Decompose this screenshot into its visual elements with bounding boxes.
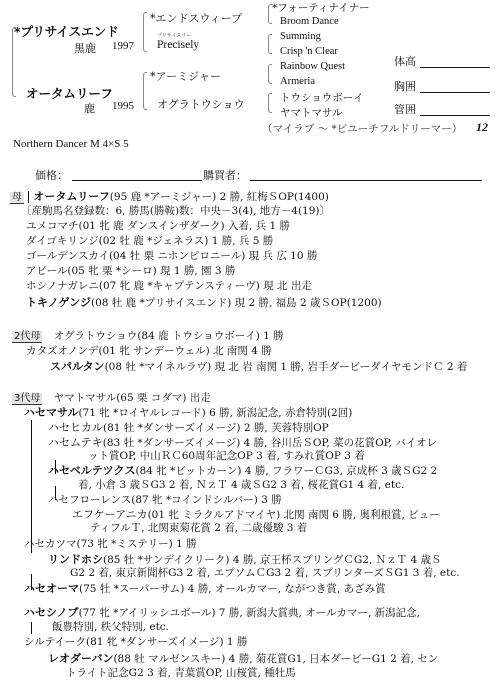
third-dam-row-cont: ット賞OP, 中山ＲＣ60周年記念OP 3 着, すみれ賞OP 3 着	[88, 450, 365, 463]
gen3-1: Broom Dance	[280, 16, 339, 27]
second-dam-name: オグラトウショウ	[54, 330, 138, 342]
dam-sire: *アーミジャー	[150, 68, 221, 84]
third-dam-tag: 3代母	[12, 393, 42, 405]
dam-tag: 母	[10, 192, 24, 204]
second-dam-row: スパルタン(08 牡 *マイネルラヴ) 現 北 岩 南関 1 勝, 岩手ダービー…	[50, 360, 467, 374]
gen3-0: *フォーティナイナー	[272, 0, 370, 15]
second-dam-row: カタズオノンデ(01 牝 サンデーウェル) 北 南関 4 勝	[26, 345, 272, 358]
gen3-5: Armeria	[280, 76, 315, 87]
offspring-name: トキノゲンジ	[26, 296, 91, 309]
offspring-detail: (01 牝 鹿 ダンスインザダーク) 入着, 兵 1 勝	[79, 220, 291, 232]
offspring-row: ダイゴキリンジ(02 牡 鹿 *ジェネラス) 1 勝, 兵 5 勝	[26, 235, 273, 248]
third-dam-row: ハセフローレンス(87 牝 *コインドシルバー) 3 勝	[48, 494, 282, 507]
third-dam-row-cont: G2 2 着, 東京新聞杯G3 2 着, エプソムＣG3 2 着, スプリンター…	[70, 567, 460, 580]
price-field[interactable]	[72, 180, 202, 181]
family-number: 12	[476, 120, 488, 135]
third-dam-name: ヤマトマサル	[54, 392, 116, 404]
offspring-name: ホシノナガレニ	[26, 280, 99, 292]
third-dam-row: リンドホシ(85 牡 *サンデイクリーク) 4 勝, 京王杯スプリングＣG2, …	[48, 553, 442, 567]
gen3-2: Summing	[280, 31, 321, 42]
third-dam-row: ハセムテキ(83 牡 *ダンサーズイメージ) 4 勝, 谷川岳ＳOP, 菜の花賞…	[48, 436, 437, 450]
descent-line	[31, 622, 32, 634]
dam-dam: オグラトウショウ	[157, 96, 245, 112]
gen3-7: ヤマトマサル	[280, 105, 342, 120]
third-dam-row-cont: 着, 小倉 3 歳ＳG3 2 着, ＮｚＴ 4 歳ＳG2 3 着, 桜花賞G1 …	[78, 479, 404, 492]
offspring-name: ユメコマチ	[26, 220, 79, 232]
buyer-label: 購買者：	[203, 167, 247, 183]
offspring-row: ユメコマチ(01 牝 鹿 ダンスインザダーク) 入着, 兵 1 勝	[26, 220, 290, 233]
third-dam-row: ハセオーマ(75 牡 *スーパーサム) 4 勝, オールカマー, ながつき賞, …	[24, 582, 386, 596]
second-dam-header: 2代母 オグラトウショウ(84 鹿 トウショウボーイ) 1 勝	[12, 330, 284, 343]
dam-color: 鹿	[84, 100, 95, 116]
gen3-6: トウショウボーイ	[280, 90, 364, 105]
offspring-name: アピール	[26, 265, 67, 277]
dam-header: 母 オータムリーフ(95 鹿 *アーミジャー) 2 勝, 紅梅ＳOP(1400)	[10, 190, 329, 204]
gen3-3: Crisp 'n Clear	[280, 46, 338, 57]
price-label: 価格：	[35, 167, 68, 183]
sire-name: *プリサイスエンド	[14, 22, 119, 40]
dam-section-detail: (95 鹿 *アーミジャー) 2 勝, 紅梅ＳOP(1400)	[110, 191, 329, 203]
offspring-row: ホシノナガレニ(07 牝 鹿 *キャプテンスティーヴ) 現 北 出走	[26, 280, 312, 293]
dam-year: 1995	[112, 100, 134, 112]
offspring-detail: (04 牡 栗 ニホンピロニール) 現 兵 広 10 勝	[109, 250, 317, 262]
second-dam-tag: 2代母	[12, 331, 42, 343]
dam-stats: 〔産駒馬名登録数：6, 勝馬(勝鞍)数：中央－3(4), 地方－4(19)〕	[21, 205, 330, 218]
height-field[interactable]	[420, 67, 490, 68]
third-dam-row: エフケーアニカ(01 牝 ミラクルアドマイヤ) 北関 南関 6 勝, 奥利根賞,…	[72, 508, 440, 522]
sire-year: 1997	[112, 40, 134, 52]
third-dam-row: レオダーバン(88 牡 マルゼンスキー) 4 勝, 菊花賞G1, 日本ダービーG…	[48, 652, 438, 666]
dam-section-name: オータムリーフ	[33, 190, 109, 203]
third-dam-row: ハセシノブ(77 牝 *アイリッシユボール) 7 勝, 新潟大賞典, オールカマ…	[24, 606, 420, 620]
brace-g3-2	[268, 34, 272, 54]
chest-field[interactable]	[420, 92, 490, 93]
dam-name: オータムリーフ	[26, 84, 113, 102]
sire-color: 黒鹿	[74, 40, 96, 56]
height-label: 体高	[394, 53, 416, 69]
brace-g3-3	[268, 64, 272, 84]
third-dam-row-cont: トライト記念G2 3 着, 青葉賞OP, 山桜賞, 種牡馬	[66, 667, 296, 680]
sire-dam-ruby: プリサイスリー	[157, 32, 191, 39]
offspring-row: ゴールデンスカイ(04 牡 栗 ニホンピロニール) 現 兵 広 10 勝	[26, 250, 317, 263]
offspring-detail: (07 牝 鹿 *キャプテンスティーヴ) 現 北 出走	[99, 280, 312, 292]
inbreeding: Northern Dancer M 4×S 5	[13, 138, 129, 150]
cannon-field[interactable]	[420, 115, 490, 116]
third-dam-row-cont: ティフルＴ, 北関東菊花賞 2 着, 二歳優駿 3 着	[90, 522, 307, 535]
third-dam-row: ハセヒカル(81 牡 *ダンサーズイメージ) 2 勝, 芙蓉特別OP	[48, 421, 329, 435]
third-dam-row: ハセマサル(71 牝 *ロイヤルレコード) 6 勝, 新潟記念, 赤倉特別(2回…	[24, 406, 352, 420]
third-dam-row: シルテイーク(81 牝 *ダンサーズイメージ) 1 勝	[24, 636, 247, 649]
chest-label: 胸囲	[394, 78, 416, 94]
buyer-field[interactable]	[250, 180, 482, 181]
pedigree-brace-dam	[143, 72, 147, 110]
offspring-name: ゴールデンスカイ	[26, 250, 109, 262]
pedigree-brace-sire	[143, 12, 147, 52]
sire-dam: Precisely	[157, 39, 199, 51]
brace-g3-4	[268, 93, 272, 113]
third-dam-header: 3代母 ヤマトマサル(65 栗 コダマ) 出走	[12, 392, 211, 405]
third-dam-detail: (65 栗 コダマ) 出走	[116, 392, 211, 404]
offspring-detail: (02 牡 鹿 *ジェネラス) 1 勝, 兵 5 勝	[99, 235, 274, 247]
offspring-detail: (08 牡 鹿 *プリサイスエンド) 現 2 勝, 福島 2 歳ＳOP(1200…	[91, 297, 382, 309]
offspring-row: アピール(05 牝 栗 *シーロ) 現 1 勝, 園 3 勝	[26, 265, 235, 278]
offspring-detail: (05 牝 栗 *シーロ) 現 1 勝, 園 3 勝	[67, 265, 235, 277]
family-line: （マイラブ ～ *ビユーチフルドリーマー）	[262, 121, 462, 136]
third-dam-row: ハセベルテツクス(84 牝 *ビットカーン) 4 勝, フラワーＣG3, 京成杯…	[48, 464, 437, 478]
sire-sire: *エンドスウィープ	[150, 10, 242, 26]
third-dam-row-cont: 飯豊特別, 秩父特別, etc.	[52, 621, 169, 634]
second-dam-detail: (84 鹿 トウショウボーイ) 1 勝	[137, 330, 283, 342]
offspring-row: トキノゲンジ(08 牡 鹿 *プリサイスエンド) 現 2 勝, 福島 2 歳ＳO…	[26, 296, 382, 310]
gen3-4: Rainbow Quest	[280, 61, 345, 72]
offspring-name: ダイゴキリンジ	[26, 235, 99, 247]
descent-line	[31, 420, 32, 553]
third-dam-row: ハセカツマ(73 牝 *ミステリー) 1 勝	[24, 538, 197, 551]
cannon-label: 管囲	[394, 101, 416, 117]
